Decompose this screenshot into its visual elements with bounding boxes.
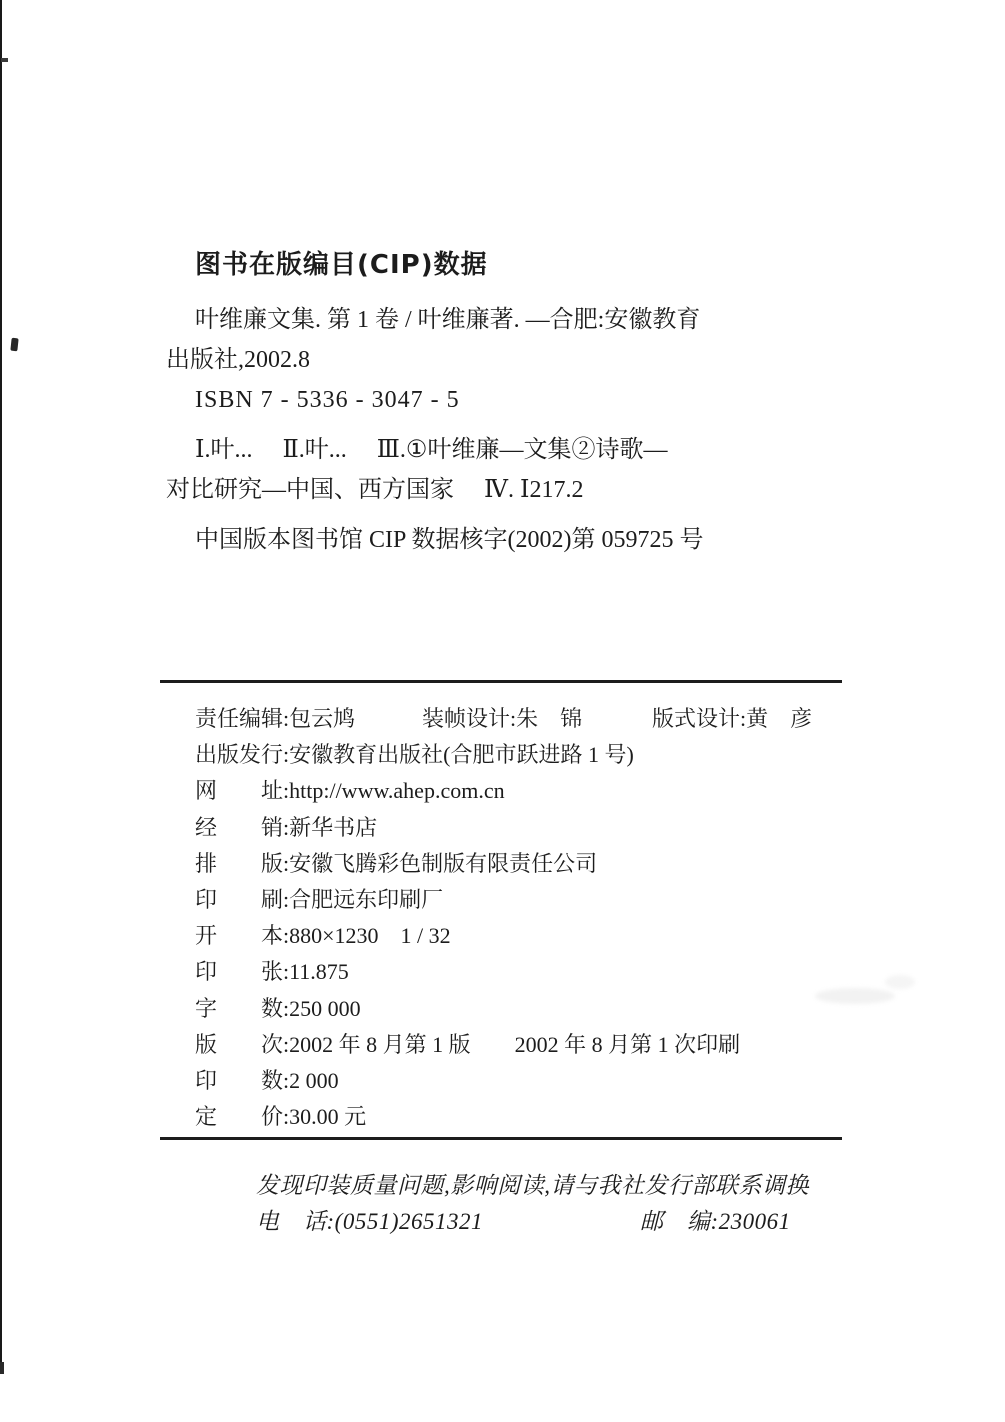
- website-row: 网 址:http://www.ahep.com.cn: [195, 773, 895, 809]
- cip-classification-line1: Ⅰ.叶... Ⅱ.叶... Ⅲ.①叶维廉—文集②诗歌—: [195, 434, 667, 466]
- phone-number: 电 话:(0551)2651321: [256, 1203, 483, 1236]
- label: 责任编辑:: [195, 706, 289, 731]
- format-row: 开 本:880×1230 1 / 32: [195, 918, 895, 954]
- value: 880×1230 1 / 32: [289, 923, 451, 948]
- label: 定 价:: [195, 1104, 289, 1129]
- book-copyright-page: 图书在版编目(CIP)数据 叶维廉文集. 第 1 卷 / 叶维廉著. —合肥:安…: [0, 0, 1005, 1422]
- layout-designer: 版式设计:黄 彦: [652, 701, 812, 737]
- scan-speck-top: [1, 58, 8, 62]
- distributor-row: 经 销:新华书店: [195, 810, 895, 846]
- price-row: 定 价:30.00 元: [195, 1099, 895, 1135]
- label: 字 数:: [195, 996, 289, 1021]
- editors-row: 责任编辑:包云鸠 装帧设计:朱 锦 版式设计:黄 彦: [195, 701, 895, 737]
- value: 新华书店: [289, 815, 377, 840]
- wordcount-row: 字 数:250 000: [195, 991, 895, 1027]
- label: 经 销:: [195, 815, 289, 840]
- label: 出版发行:: [195, 742, 289, 767]
- binding-designer: 装帧设计:朱 锦: [422, 701, 582, 737]
- printer-row: 印 刷:合肥远东印刷厂: [195, 882, 895, 918]
- divider-top: [160, 680, 842, 683]
- scan-edge-line: [0, 0, 2, 1372]
- value: 包云鸠: [289, 706, 355, 731]
- value: 黄 彦: [746, 706, 812, 731]
- label: 印 张:: [195, 959, 289, 984]
- label: 开 本:: [195, 923, 289, 948]
- value: 2002 年 8 月第 1 版 2002 年 8 月第 1 次印刷: [289, 1032, 740, 1057]
- label: 版 次:: [195, 1032, 289, 1057]
- printrun-row: 印 数:2 000: [195, 1063, 895, 1099]
- value: 朱 锦: [516, 706, 582, 731]
- value: 安徽飞腾彩色制版有限责任公司: [289, 851, 597, 876]
- cip-entry-line1: 叶维廉文集. 第 1 卷 / 叶维廉著. —合肥:安徽教育: [195, 304, 700, 336]
- value: 11.875: [289, 959, 349, 984]
- value: http://www.ahep.com.cn: [289, 778, 504, 803]
- label: 排 版:: [195, 851, 289, 876]
- publisher-row: 出版发行:安徽教育出版社(合肥市跃进路 1 号): [195, 737, 895, 773]
- isbn-number: ISBN 7 - 5336 - 3047 - 5: [195, 384, 460, 416]
- value: 合肥远东印刷厂: [289, 887, 443, 912]
- typesetting-row: 排 版:安徽飞腾彩色制版有限责任公司: [195, 846, 895, 882]
- divider-bottom: [160, 1137, 842, 1140]
- scan-speck: [10, 338, 18, 352]
- edition-row: 版 次:2002 年 8 月第 1 版 2002 年 8 月第 1 次印刷: [195, 1027, 895, 1063]
- cip-record-number: 中国版本图书馆 CIP 数据核字(2002)第 059725 号: [195, 524, 703, 556]
- quality-notice: 发现印装质量问题,影响阅读,请与我社发行部联系调换: [256, 1167, 809, 1200]
- value: 250 000: [289, 996, 361, 1021]
- sheets-row: 印 张:11.875: [195, 954, 895, 990]
- value: 30.00 元: [289, 1104, 366, 1129]
- label: 印 刷:: [195, 887, 289, 912]
- label: 版式设计:: [652, 706, 746, 731]
- responsible-editor: 责任编辑:包云鸠: [195, 701, 355, 737]
- label: 印 数:: [195, 1068, 289, 1093]
- value: 2 000: [289, 1068, 339, 1093]
- label: 网 址:: [195, 778, 289, 803]
- cip-classification-line2: 对比研究—中国、西方国家 Ⅳ. Ⅰ217.2: [166, 474, 583, 506]
- colophon-block: 责任编辑:包云鸠 装帧设计:朱 锦 版式设计:黄 彦 出版发行:安徽教育出版社(…: [195, 701, 895, 1135]
- cip-header: 图书在版编目(CIP)数据: [195, 249, 488, 281]
- cip-entry-line2: 出版社,2002.8: [166, 344, 310, 376]
- value: 安徽教育出版社(合肥市跃进路 1 号): [289, 742, 634, 767]
- postal-code: 邮 编:230061: [640, 1203, 791, 1236]
- label: 装帧设计:: [422, 706, 516, 731]
- scan-edge-blob: [0, 1362, 4, 1374]
